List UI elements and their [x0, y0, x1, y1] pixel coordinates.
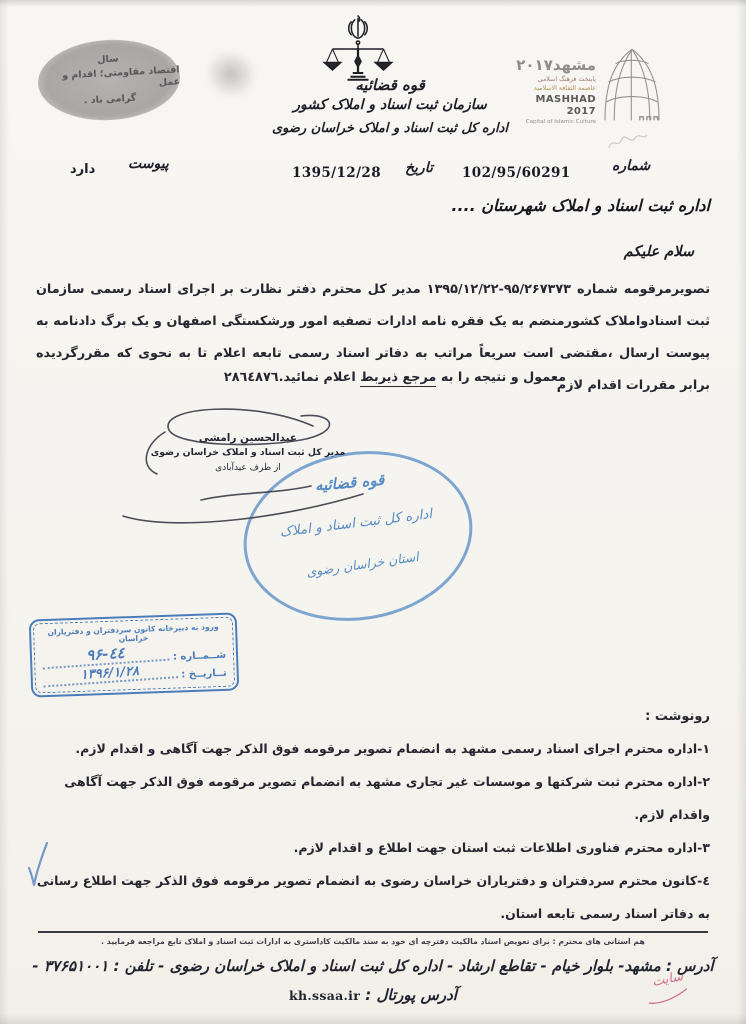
entry-date-label: تــاریــخ : [181, 668, 227, 681]
footer-notice: هم استانی های محترم : برای تعویض اسناد م… [38, 937, 708, 946]
addressee-line: اداره ثبت اسناد و املاک شهرستان .... [451, 196, 710, 215]
date-value: 1395/12/28 [292, 165, 381, 181]
mashhad-title-fa: مشهد۲۰۱۷ [506, 56, 596, 74]
tail-pre: معمول و نتیجه را به [436, 370, 566, 385]
attachment-value: دارد [70, 162, 95, 177]
cc-heading: رونوشت : [34, 702, 710, 732]
mashhad-subtitle-en: Capital of Islamic Culture [506, 119, 596, 126]
portal-url: kh.ssaa.ir [289, 988, 360, 1003]
cc-section: رونوشت : ۱-اداره محترم اجرای اسناد رسمی … [34, 702, 710, 930]
scan-smudge [199, 43, 263, 105]
attachment-label: پیوست [128, 156, 169, 172]
mashhad-subtitle-fa: پایتخت فرهنگ اسلامی [506, 76, 596, 84]
signature-scribble [105, 396, 395, 536]
round-stamp-line: استان خراسان رضوی [251, 541, 475, 587]
salutation: سلام علیکم [624, 244, 694, 260]
cc-item: ۳-اداره محترم فناوری اطلاعات ثبت استان ج… [34, 831, 710, 864]
secretariat-entry-stamp: ورود به دبیرخانه کانون سردفتران و دفتریا… [29, 612, 240, 697]
number-value: 102/95/60291 [462, 165, 571, 181]
slogan-line: سال [97, 54, 119, 67]
footer-divider [38, 931, 708, 933]
mashhad-title-en: MASHHAD 2017 [506, 94, 596, 118]
tail-underlined: مرجع ذیربط [360, 370, 436, 387]
tail-reference-number: ۲۸٦٤۸۷٦ [224, 370, 279, 385]
entry-number-label: شــمــاره : [173, 650, 226, 663]
cc-item: ۱-اداره محترم اجرای اسناد رسمی مشهد به ا… [34, 732, 710, 765]
mashhad-subtitle-ar: عاصمة الثقافة الاسلامية [506, 85, 596, 93]
cc-item: ٤-کانون محترم سردفتران و دفتریاران خراسا… [34, 864, 710, 930]
mashhad-logo-text: مشهد۲۰۱۷ پایتخت فرهنگ اسلامی عاصمة الثقا… [506, 56, 596, 126]
pencil-scribble [606, 130, 650, 156]
number-label: شماره [612, 158, 650, 174]
slogan-line: گرامی باد . [84, 92, 137, 107]
address-text: آدرس : مشهد- بلوار خیام - تقاطع ارشاد - … [32, 957, 713, 1004]
slogan-stamp: سال اقتصاد مقاومتی؛ اقدام و عمل گرامی با… [36, 36, 182, 123]
footer-address: آدرس : مشهد- بلوار خیام - تقاطع ارشاد - … [20, 952, 726, 1009]
tail-post: اعلام نمائید. [279, 370, 361, 385]
judiciary-title: قوه قضائیه [250, 76, 530, 94]
date-label: تاریخ [405, 160, 433, 176]
mashhad-dome-icon [600, 36, 664, 128]
entry-stamp-inner: ورود به دبیرخانه کانون سردفتران و دفتریا… [33, 617, 235, 694]
iran-emblem-icon [345, 12, 371, 42]
cc-item: ۲-اداره محترم ثبت شرکتها و موسسات غیر تج… [34, 765, 710, 831]
slogan-line: اقتصاد مقاومتی؛ اقدام و عمل [37, 64, 180, 95]
scanned-letter-page: سال اقتصاد مقاومتی؛ اقدام و عمل گرامی با… [0, 0, 746, 1024]
checkmark-icon [26, 840, 52, 890]
letter-body-tail: معمول و نتیجه را به مرجع ذیربط اعلام نما… [224, 370, 566, 385]
